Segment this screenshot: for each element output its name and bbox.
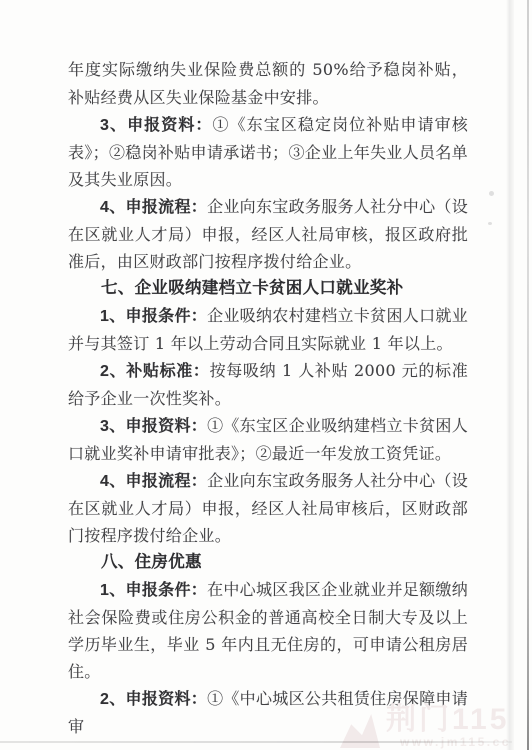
paragraph: 3、申报资料：①《东宝区企业吸纳建档立卡贫困人口就业奖补申请审批表》；②最近一年… [68, 412, 468, 467]
paragraph-label: 2、申报资料： [100, 691, 207, 708]
section-heading: 七、企业吸纳建档立卡贫困人口就业奖补 [68, 275, 468, 302]
paragraph: 3、申报资料：①《东宝区稳定岗位补贴申请审核表》；②稳岗补贴申请承诺书；③企业上… [68, 111, 468, 193]
paragraph-label: 3、申报资料： [100, 117, 213, 134]
paragraph-label: 4、申报流程： [100, 473, 207, 490]
scan-speck [488, 222, 492, 225]
paragraph: 4、申报流程：企业向东宝政务服务人社分中心（设在区就业人才局）申报，经区人社局审… [68, 467, 468, 549]
section-heading-text: 八、住房优惠 [101, 553, 202, 571]
paragraph-label: 1、申报条件： [100, 582, 207, 599]
paragraph-label: 4、申报流程： [100, 199, 207, 216]
paragraph-label: 2、补贴标准： [100, 363, 210, 380]
page-edge-line [527, 0, 529, 750]
page-edge-shadow [506, 0, 514, 750]
document-content: 年度实际缴纳失业保险费总额的 50%给予稳岗补贴，补贴经费从区失业保险基金中安排… [68, 56, 468, 740]
paragraph-label: 1、申报条件： [100, 308, 207, 325]
paragraph-text: 年度实际缴纳失业保险费总额的 50%给予稳岗补贴，补贴经费从区失业保险基金中安排… [68, 60, 468, 107]
page-bottom-shadow [0, 741, 512, 743]
paragraph: 4、申报流程：企业向东宝政务服务人社分中心（设在区就业人才局）申报，经区人社局审… [68, 193, 468, 275]
paragraph: 1、申报条件：企业吸纳农村建档立卡贫困人口就业并与其签订 1 年以上劳动合同且实… [68, 302, 468, 357]
scanned-page: 年度实际缴纳失业保险费总额的 50%给予稳岗补贴，补贴经费从区失业保险基金中安排… [0, 0, 532, 750]
scan-speck [489, 191, 494, 196]
paragraph-label: 3、申报资料： [100, 418, 207, 435]
section-heading-text: 七、企业吸纳建档立卡贫困人口就业奖补 [101, 279, 403, 297]
paragraph: 年度实际缴纳失业保险费总额的 50%给予稳岗补贴，补贴经费从区失业保险基金中安排… [68, 56, 468, 111]
section-heading: 八、住房优惠 [68, 549, 468, 576]
paragraph: 2、申报资料：①《中心城区公共租赁住房保障申请审 [68, 685, 468, 740]
paragraph: 1、申报条件：在中心城区我区企业就业并足额缴纳社会保险费或住房公积金的普通高校全… [68, 576, 468, 685]
paragraph: 2、补贴标准：按每吸纳 1 人补贴 2000 元的标准给予企业一次性奖补。 [68, 357, 468, 412]
